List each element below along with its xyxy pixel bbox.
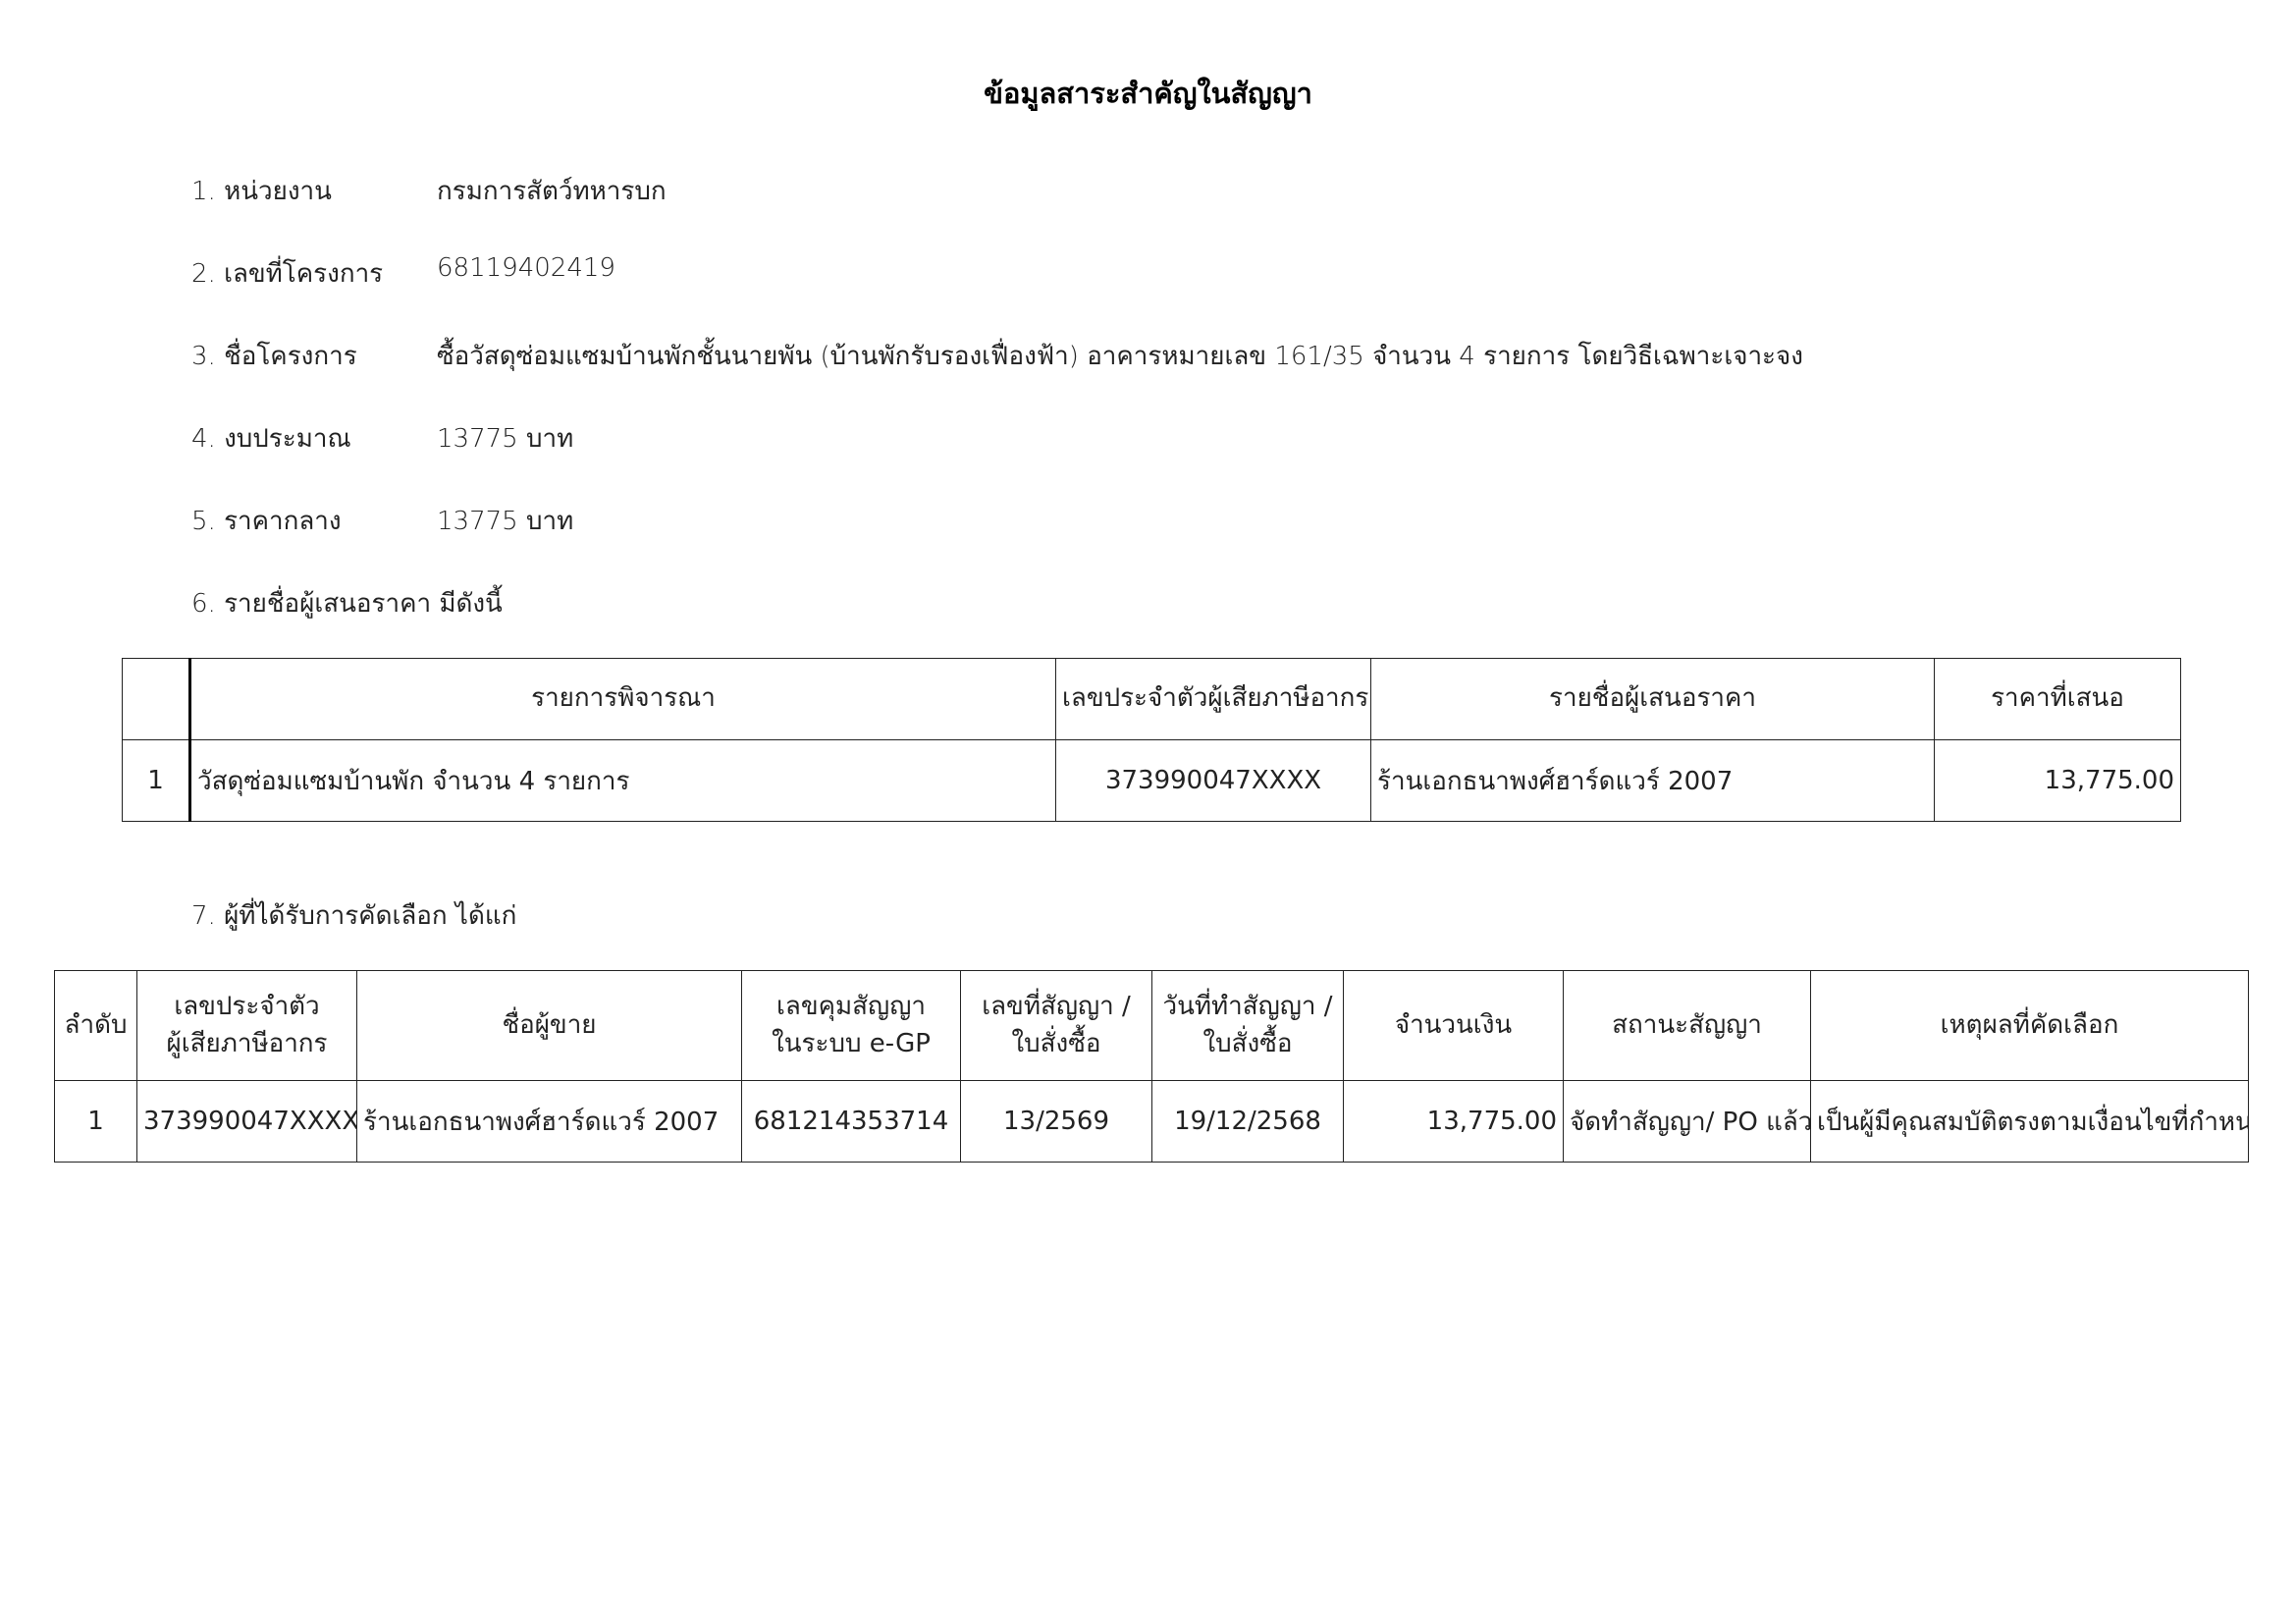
table-row: 1 วัสดุซ่อมแซมบ้านพัก จำนวน 4 รายการ 373… <box>123 740 2181 822</box>
section7-heading: 7. ผู้ที่ได้รับการคัดเลือก ได้แก่ <box>191 895 516 936</box>
cell-bidder-name: ร้านเอกธนาพงศ์ฮาร์ดแวร์ 2007 <box>1371 740 1935 822</box>
document-title: ข้อมูลสาระสำคัญในสัญญา <box>0 71 2296 116</box>
field-label-project-number: 2. เลขที่โครงการ <box>191 253 383 294</box>
cell-vendor-name: ร้านเอกธนาพงศ์ฮาร์ดแวร์ 2007 <box>357 1081 742 1163</box>
field-value-project-number: 68119402419 <box>437 253 615 283</box>
cell-egp-control-number: 681214353714 <box>742 1081 961 1163</box>
cell-tax-id: 373990047XXXX <box>137 1081 357 1163</box>
col-header-egp-control-number: เลขคุมสัญญาในระบบ e-GP <box>742 971 961 1081</box>
col-header-tax-id: เลขประจำตัวผู้เสียภาษีอากร <box>137 971 357 1081</box>
field-label-project-name: 3. ชื่อโครงการ <box>191 336 357 376</box>
cell-contract-date: 19/12/2568 <box>1152 1081 1344 1163</box>
cell-offer-price: 13,775.00 <box>1935 740 2181 822</box>
col-header-amount: จำนวนเงิน <box>1344 971 1564 1081</box>
col-header-order: ลำดับ <box>55 971 137 1081</box>
field-value-agency: กรมการสัตว์ทหารบก <box>437 171 667 211</box>
col-header-selection-reason: เหตุผลที่คัดเลือก <box>1811 971 2249 1081</box>
col-header-offer-price: ราคาที่เสนอ <box>1935 659 2181 740</box>
field-value-project-name: ซื้อวัสดุซ่อมแซมบ้านพักชั้นนายพัน (บ้านพ… <box>437 336 1803 376</box>
selected-vendor-table-header: ลำดับ เลขประจำตัวผู้เสียภาษีอากร ชื่อผู้… <box>55 971 2249 1081</box>
col-header-contract-status: สถานะสัญญา <box>1564 971 1811 1081</box>
field-label-reference-price: 5. ราคากลาง <box>191 501 342 541</box>
cell-order: 1 <box>55 1081 137 1163</box>
bidders-table: รายการพิจารณา เลขประจำตัวผู้เสียภาษีอากร… <box>122 658 2181 822</box>
section6-heading: 6. รายชื่อผู้เสนอราคา มีดังนี้ <box>191 583 503 623</box>
field-label-agency: 1. หน่วยงาน <box>191 171 332 211</box>
cell-tax-id: 373990047XXXX <box>1056 740 1371 822</box>
col-header-item: รายการพิจารณา <box>190 659 1056 740</box>
table-row: 1 373990047XXXX ร้านเอกธนาพงศ์ฮาร์ดแวร์ … <box>55 1081 2249 1163</box>
col-header-contract-date: วันที่ทำสัญญา /ใบสั่งซื้อ <box>1152 971 1344 1081</box>
cell-selection-reason: เป็นผู้มีคุณสมบัติตรงตามเงื่อนไขที่กำหนด <box>1811 1081 2249 1163</box>
bidders-table-header: รายการพิจารณา เลขประจำตัวผู้เสียภาษีอากร… <box>123 659 2181 740</box>
col-header-contract-number: เลขที่สัญญา /ใบสั่งซื้อ <box>961 971 1152 1081</box>
field-value-budget: 13775 บาท <box>437 418 573 459</box>
selected-vendor-table: ลำดับ เลขประจำตัวผู้เสียภาษีอากร ชื่อผู้… <box>54 970 2249 1163</box>
col-header-tax-id: เลขประจำตัวผู้เสียภาษีอากร <box>1056 659 1371 740</box>
cell-index: 1 <box>123 740 190 822</box>
cell-contract-number: 13/2569 <box>961 1081 1152 1163</box>
cell-amount: 13,775.00 <box>1344 1081 1564 1163</box>
field-value-reference-price: 13775 บาท <box>437 501 573 541</box>
cell-item: วัสดุซ่อมแซมบ้านพัก จำนวน 4 รายการ <box>190 740 1056 822</box>
col-header-index <box>123 659 190 740</box>
col-header-vendor-name: ชื่อผู้ขาย <box>357 971 742 1081</box>
cell-contract-status: จัดทำสัญญา/ PO แล้ว <box>1564 1081 1811 1163</box>
col-header-bidder-name: รายชื่อผู้เสนอราคา <box>1371 659 1935 740</box>
field-label-budget: 4. งบประมาณ <box>191 418 351 459</box>
